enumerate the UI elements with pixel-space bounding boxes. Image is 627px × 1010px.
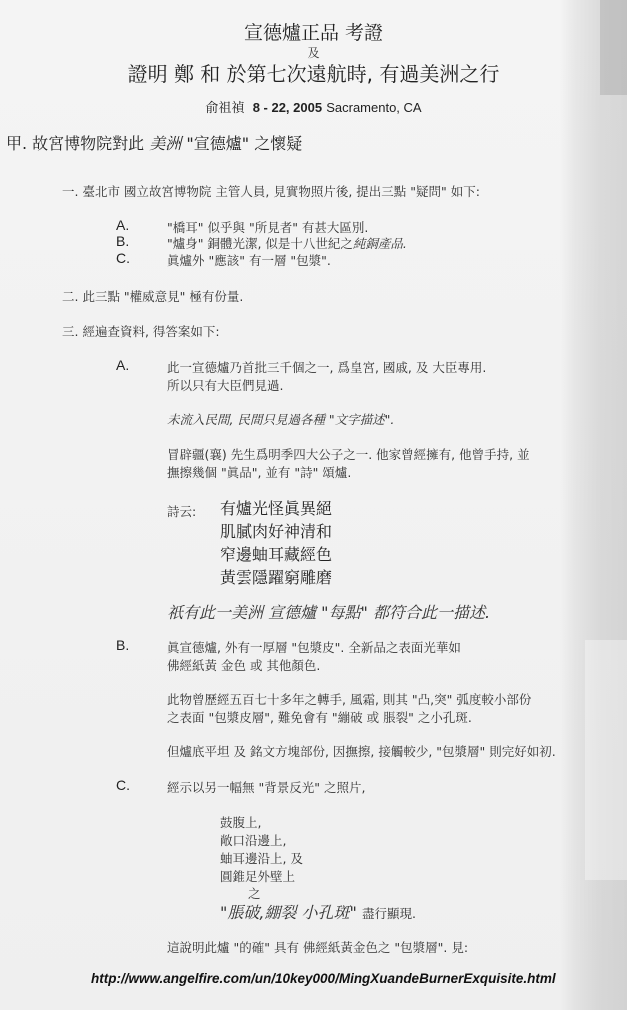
poem-line-1: 有爐光怪眞異絕 — [220, 497, 332, 520]
item-letter-b: B. — [116, 233, 129, 249]
answer-c-finding: "脹破,綳裂 小孔斑" 盡行顯現. — [220, 900, 416, 923]
finding-suffix: 盡行顯現. — [362, 906, 416, 921]
closing-text: 這說明此爐 "的確" 具有 佛經紙黃金色之 "包漿層". 見: — [167, 938, 468, 956]
finding-italic: "脹破,綳裂 小孔斑" — [220, 903, 357, 922]
answer-c-location-1: 鼓腹上, — [220, 813, 261, 831]
answer-a-italic-note: 未流入民間, 民間只見過各種 "文字描述". — [167, 410, 394, 428]
date: 8 - 22, 2005 — [253, 100, 322, 115]
item-c-text: 眞爐外 "應該" 有一層 "包漿". — [167, 251, 331, 269]
point-3: 三. 經遍查資料, 得答案如下: — [62, 322, 220, 340]
item-b-plain: "爐身" 銅體光潔, 似是十八世紀之 — [167, 236, 353, 251]
answer-a-conclusion: 祇有此一美洲 宣德爐 "每點" 都符合此一描述. — [167, 600, 490, 623]
section-heading-jia: 甲. 故宮博物院對此 美洲 "宣德爐" 之懷疑 — [6, 131, 302, 154]
answer-a-p3-line1: 冒辟疆(襄) 先生爲明季四大公子之一. 他家曾經擁有, 他曾手持, 並 — [167, 445, 530, 463]
answer-b-line2: 佛經紙黃 金色 或 其他顏色. — [167, 656, 320, 674]
answer-a-line2: 所以只有大臣們見過. — [167, 376, 283, 394]
scanned-page: 宣德爐正品 考證 及 證明 鄭 和 於第七次遠航時, 有過美洲之行 俞祖禎 8 … — [0, 0, 627, 1010]
location: Sacramento, CA — [326, 100, 421, 115]
answer-b-p2-line2: 之表面 "包漿皮層", 難免會有 "繃破 或 脹裂" 之小孔斑. — [167, 708, 472, 726]
reference-url[interactable]: http://www.angelfire.com/un/10key000/Min… — [91, 971, 556, 986]
heading-text: "宣德爐" 之懷疑 — [186, 134, 302, 153]
item-b-text: "爐身" 銅體光潔, 似是十八世紀之純銅產品. — [167, 234, 407, 252]
poem-label: 詩云: — [167, 502, 196, 520]
item-letter-c: C. — [116, 250, 130, 266]
poem-line-4: 黃雲隱躍窮雕磨 — [220, 566, 332, 589]
answer-letter-a: A. — [116, 357, 129, 373]
item-letter-a: A. — [116, 217, 129, 233]
document-subtitle: 證明 鄭 和 於第七次遠航時, 有過美洲之行 — [0, 58, 627, 87]
answer-c-location-4: 圓錐足外壁上 — [220, 867, 295, 885]
point-2: 二. 此三點 "權威意見" 極有份量. — [62, 287, 243, 305]
answer-letter-c: C. — [116, 777, 130, 793]
answer-c-location-2: 敞口沿邊上, — [220, 831, 286, 849]
poem-line-3: 窄邊蚰耳藏經色 — [220, 543, 332, 566]
author-name: 俞祖禎 — [205, 101, 244, 116]
answer-c-intro: 經示以另一幅無 "背景反光" 之照片, — [167, 778, 365, 796]
heading-italic: 美洲 — [149, 134, 181, 153]
answer-letter-b: B. — [116, 637, 129, 653]
scan-highlight — [585, 640, 627, 880]
answer-c-location-3: 蚰耳邊沿上, 及 — [220, 849, 303, 867]
answer-a-p3-line2: 撫擦幾個 "眞品", 並有 "詩" 頌爐. — [167, 463, 351, 481]
poem-line-2: 肌膩肉好神清和 — [220, 520, 332, 543]
item-b-italic: 純銅產品. — [353, 236, 407, 251]
answer-b-line1: 眞宣德爐, 外有一厚層 "包漿皮". 全新品之表面光華如 — [167, 638, 461, 656]
point-1: 一. 臺北市 國立故宮博物院 主管人員, 見實物照片後, 提出三點 "疑問" 如… — [62, 182, 480, 200]
heading-text: 甲. 故宮博物院對此 — [6, 134, 144, 153]
document-title: 宣德爐正品 考證 — [0, 18, 627, 45]
byline: 俞祖禎 8 - 22, 2005 Sacramento, CA — [0, 97, 627, 116]
answer-b-p2-line1: 此物曾歷經五百七十多年之轉手, 風霜, 則其 "凸,突" 弧度較小部份 — [167, 690, 531, 708]
answer-a-line1: 此一宣德爐乃首批三千個之一, 爲皇宮, 國戚, 及 大臣專用. — [167, 358, 486, 376]
answer-b-p3: 但爐底平坦 及 銘文方塊部份, 因撫擦, 接觸較少, "包漿層" 則完好如初. — [167, 742, 556, 760]
